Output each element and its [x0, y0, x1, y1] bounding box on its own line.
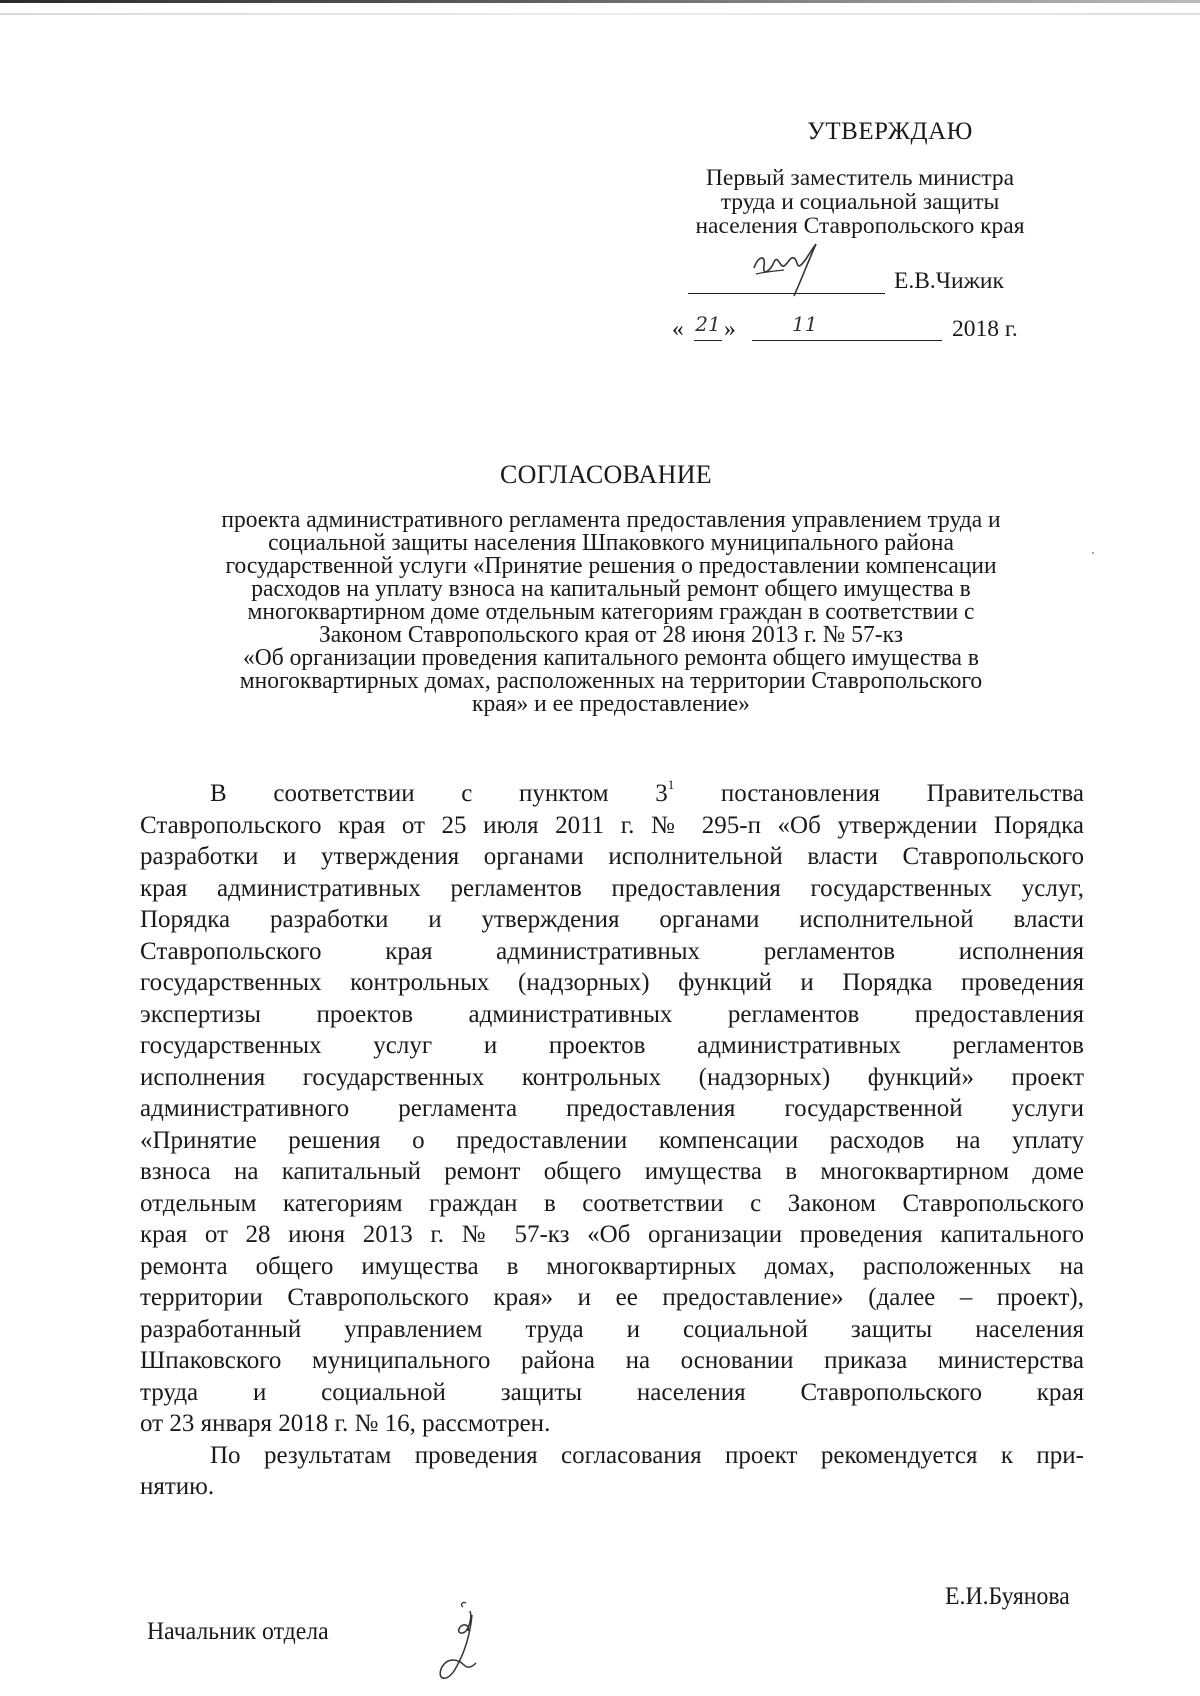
body-line: Ставропольского края от 25 июля 2011 г. …: [140, 810, 1084, 842]
body-line: исполнения государственных контрольных (…: [140, 1062, 1084, 1094]
body-line: края административных регламентов предос…: [140, 873, 1084, 905]
scan-speck: [1092, 552, 1094, 554]
approval-date: « 21 » 11 2018 г.: [672, 312, 1092, 352]
document-body: В соответствии с пунктом 31 постановлени…: [140, 778, 1084, 1503]
body-line: Шпаковского муниципального района на осн…: [140, 1345, 1084, 1377]
subject-line: проекта административного регламента пре…: [159, 508, 1063, 531]
subject-line: Законом Ставропольского края от 28 июня …: [159, 623, 1063, 646]
body-line: ремонта общего имущества в многоквартирн…: [140, 1251, 1084, 1283]
approval-heading: УТВЕРЖДАЮ: [700, 118, 1080, 146]
body-line: Порядка разработки и утверждения органам…: [140, 904, 1084, 936]
approval-block: УТВЕРЖДАЮ Первый заместитель министра тр…: [640, 118, 1080, 238]
document-subject: проекта административного регламента пре…: [159, 508, 1063, 715]
body-line: взноса на капитальный ремонт общего имущ…: [140, 1156, 1084, 1188]
body-line: разработки и утверждения органами исполн…: [140, 841, 1084, 873]
subject-line: государственной услуги «Принятие решения…: [159, 554, 1063, 577]
signature-line: [688, 293, 885, 294]
date-close-quote: »: [724, 316, 736, 343]
date-open-quote: «: [672, 316, 684, 343]
document-title: СОГЛАСОВАНИЕ: [0, 460, 1200, 490]
approval-signature-row: Е.В.Чижик: [688, 262, 1088, 302]
approval-position: Первый заместитель министра труда и соци…: [640, 166, 1080, 238]
body-line-first: В соответствии с пунктом 31 постановлени…: [140, 778, 1084, 810]
handwritten-signature-icon: [744, 238, 834, 298]
body-line: экспертизы проектов административных рег…: [140, 999, 1084, 1031]
approval-position-line: Первый заместитель министра: [640, 166, 1080, 190]
signer-position: Начальник отдела: [147, 1618, 329, 1646]
subject-line: «Об организации проведения капитального …: [159, 646, 1063, 669]
subject-line: социальной защиты населения Шпаковкого м…: [159, 531, 1063, 554]
body-line: края от 28 июня 2013 г. № 57-кз «Об орга…: [140, 1219, 1084, 1251]
subject-line: многоквартирных домах, расположенных на …: [159, 669, 1063, 692]
scan-edge: [0, 0, 1200, 3]
subject-line: расходов на уплату взноса на капитальный…: [159, 577, 1063, 600]
handwritten-signature-icon: [430, 1595, 510, 1695]
conclusion-line: нятию.: [140, 1471, 1084, 1503]
body-line: от 23 января 2018 г. № 16, рассмотрен.: [140, 1408, 1084, 1440]
body-line: административного регламента предоставле…: [140, 1093, 1084, 1125]
body-text-fragment: постановления Правительства: [674, 780, 1084, 807]
signer-name: Е.И.Буянова: [945, 1583, 1070, 1611]
body-line: государственных услуг и проектов админис…: [140, 1030, 1084, 1062]
date-month-handwritten: 11: [792, 312, 817, 336]
approval-position-line: труда и социальной защиты: [640, 190, 1080, 214]
body-text-fragment: В соответствии с пунктом 3: [210, 780, 668, 807]
body-line: «Принятие решения о предоставлении компе…: [140, 1125, 1084, 1157]
body-line: Ставропольского края административных ре…: [140, 936, 1084, 968]
scan-edge-shadow: [0, 13, 1200, 15]
date-year: 2018 г.: [952, 316, 1018, 343]
approval-position-line: населения Ставропольского края: [640, 214, 1080, 238]
date-month-line: [752, 340, 942, 341]
subject-line: края» и ее предоставление»: [159, 692, 1063, 715]
body-line: отдельным категориям граждан в соответст…: [140, 1188, 1084, 1220]
body-line: разработанный управлением труда и социал…: [140, 1314, 1084, 1346]
conclusion-line: По результатам проведения согласования п…: [140, 1440, 1084, 1472]
approver-name: Е.В.Чижик: [894, 268, 1004, 295]
body-line: государственных контрольных (надзорных) …: [140, 967, 1084, 999]
body-line: территории Ставропольского края» и ее пр…: [140, 1282, 1084, 1314]
body-line: труда и социальной защиты населения Став…: [140, 1377, 1084, 1409]
subject-line: многоквартирном доме отдельным категория…: [159, 600, 1063, 623]
date-day-handwritten: 21: [694, 312, 722, 341]
